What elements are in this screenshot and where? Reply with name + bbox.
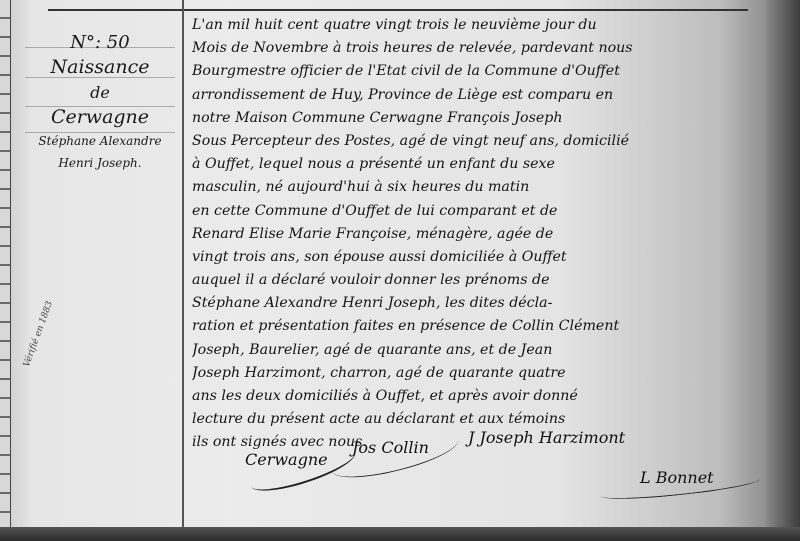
signature-witness-1: Jos Collin	[352, 438, 429, 457]
signature-declarant: Cerwagne	[245, 450, 328, 469]
signature-witness-2: J Joseph Harzimont	[468, 428, 625, 447]
signature-block: Cerwagne Jos Collin J Joseph Harzimont L…	[0, 0, 800, 541]
book-bottom-edge	[0, 527, 800, 541]
register-page: N°: 50 Naissance de Cerwagne Stéphane Al…	[0, 0, 800, 541]
book-binding-edge	[766, 0, 800, 541]
signature-officer: L Bonnet	[640, 468, 714, 487]
